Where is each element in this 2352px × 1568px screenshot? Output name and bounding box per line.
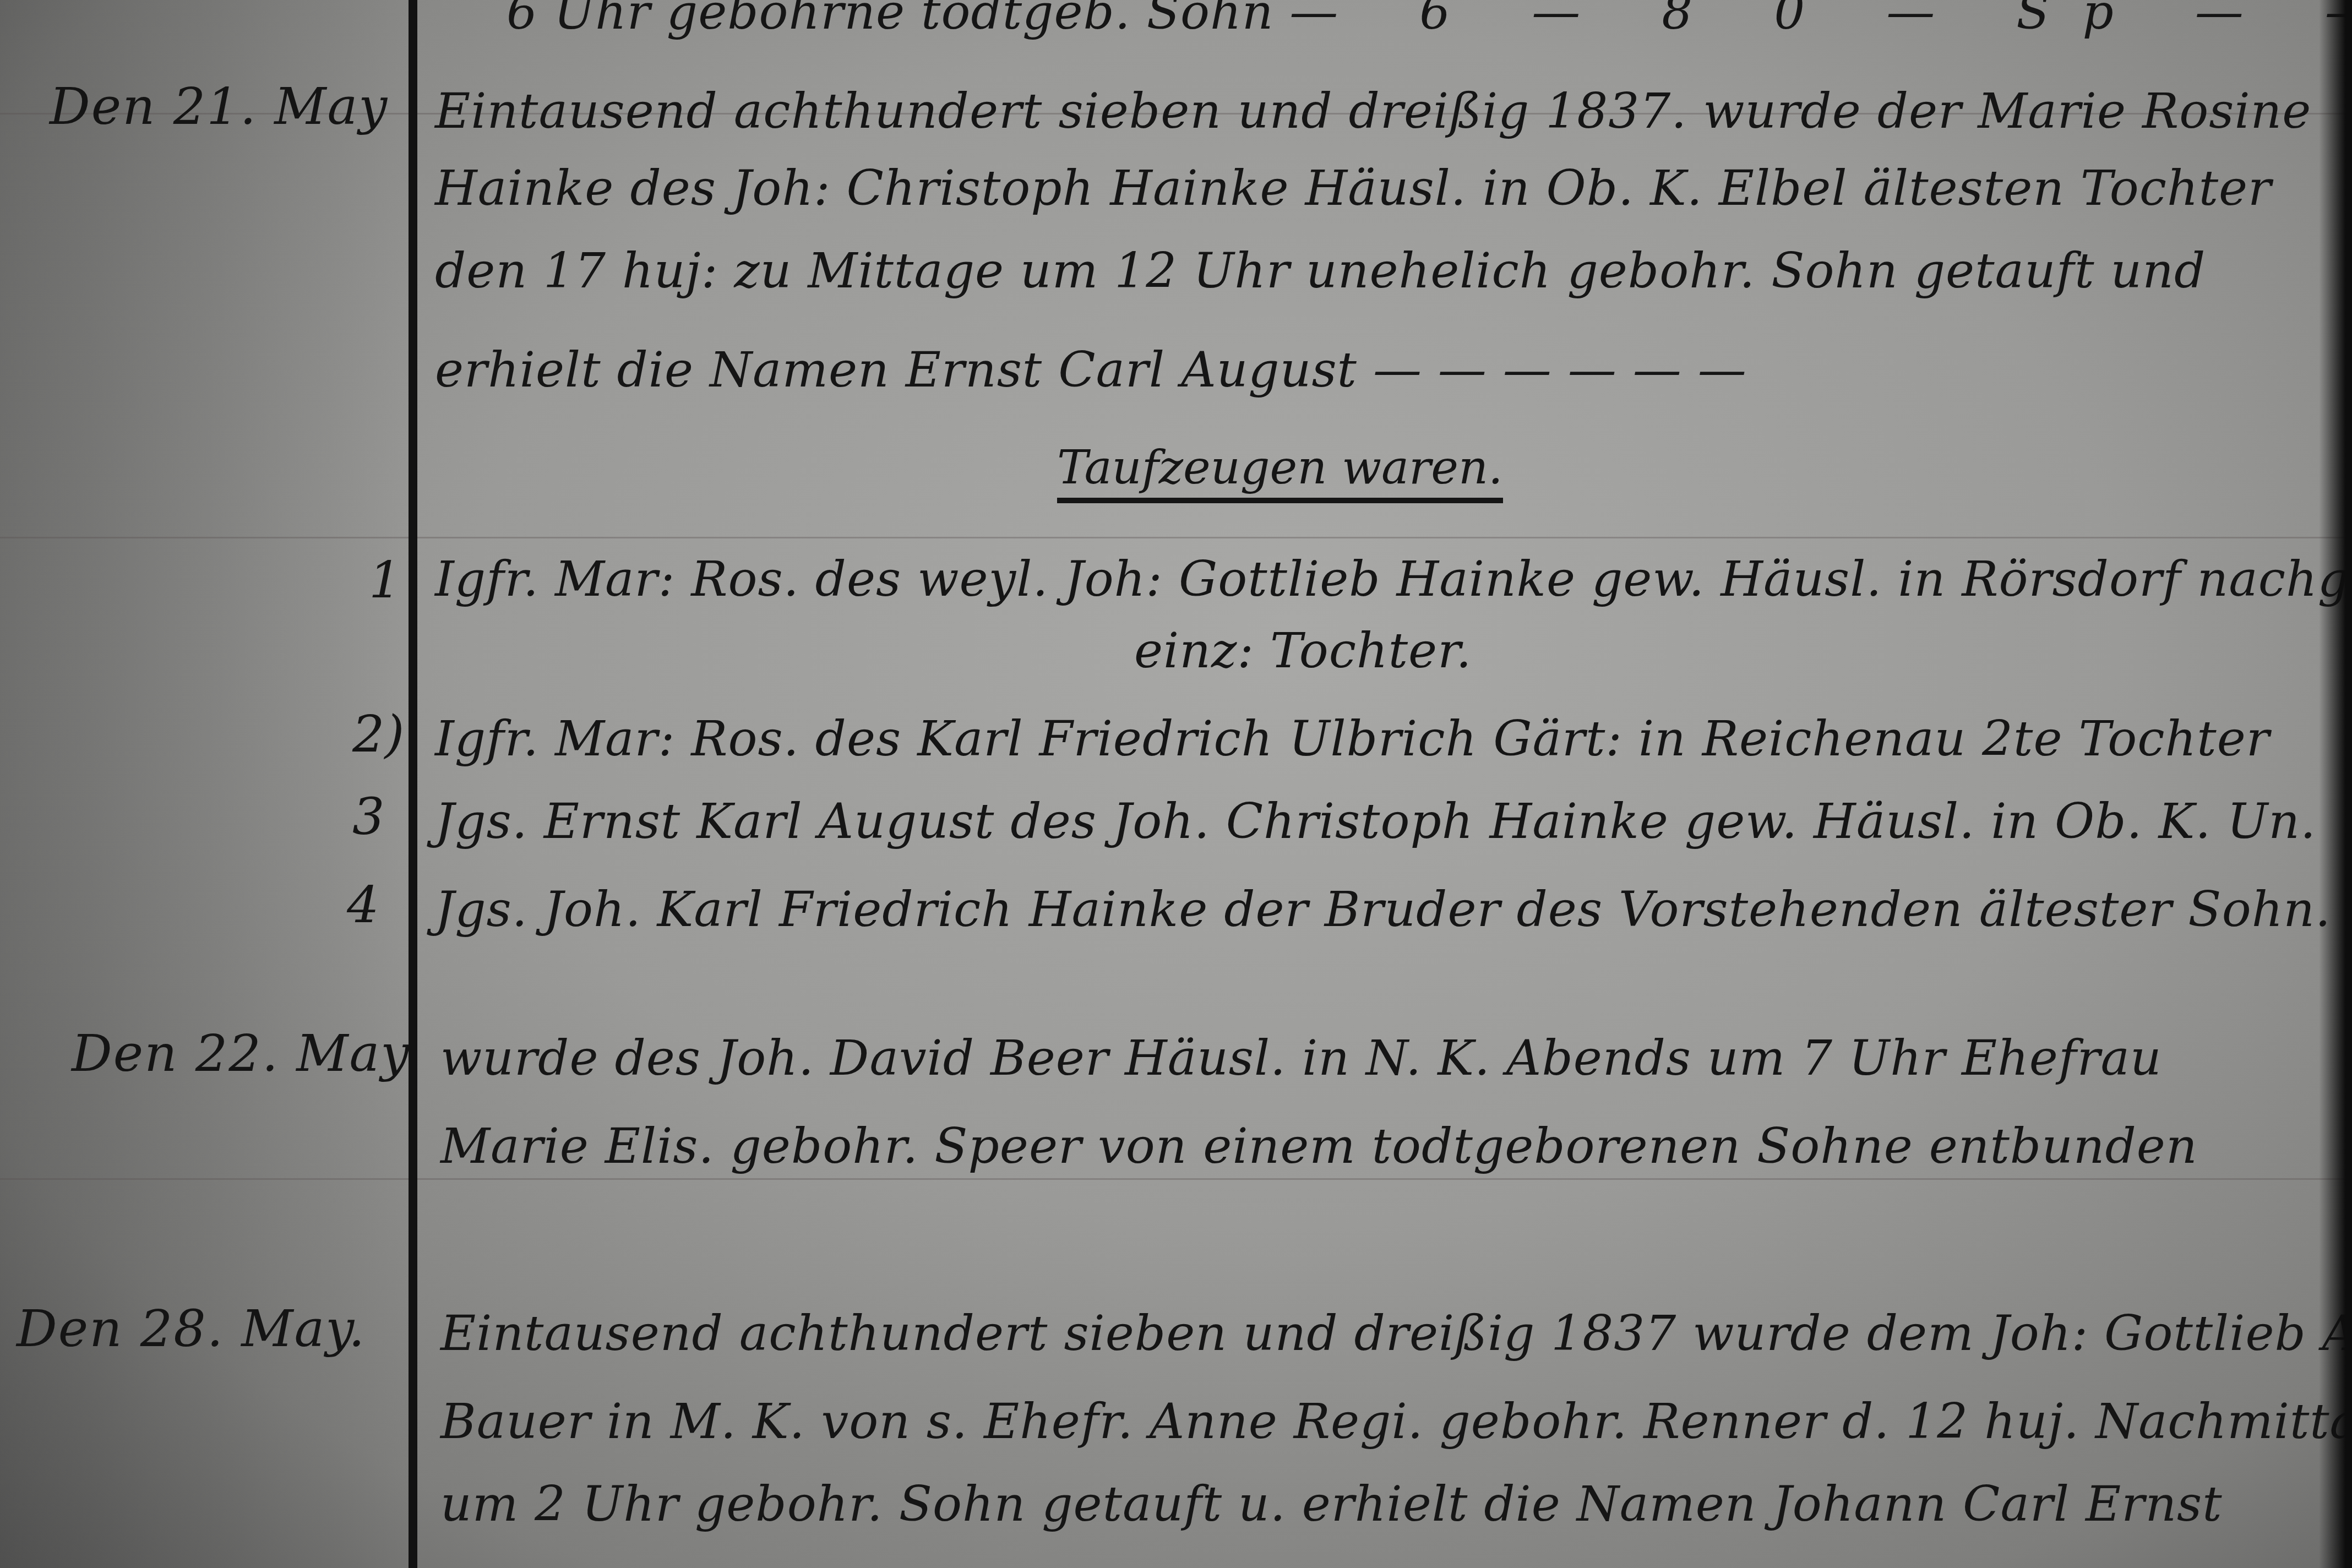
witness-number: 1 [369,551,401,609]
witness-number: 3 [352,787,385,846]
entry-date: Den 21. May [50,77,388,136]
ruled-line [0,537,2352,538]
entry-line: den 17 huj: zu Mittage um 12 Uhr uneheli… [435,242,2206,299]
entry-date: Den 28. May. [17,1299,366,1358]
top-fragment-dashes: — 6 — 8 0 — Sp — — — — — — — [1289,0,2352,40]
witness-continuation: einz: Tochter. [1134,622,1472,679]
entry-line: um 2 Uhr gebohr. Sohn getauft u. erhielt… [440,1476,2223,1532]
witness-number: 4 [347,875,379,934]
entry-line: Eintausend achthundert sieben und dreißi… [440,1305,2352,1362]
witnesses-heading: Taufzeugen waren. [1057,440,1503,503]
witness-number: 2) [352,705,404,764]
entry-line: Hainke des Joh: Christoph Hainke Häusl. … [435,160,2272,216]
witness-line: Jgs. Joh. Karl Friedrich Hainke der Brud… [435,881,2331,938]
ruled-line [0,1178,2352,1180]
entry-line: Eintausend achthundert sieben und dreißi… [435,83,2311,139]
margin-column-rule [409,0,417,1568]
witness-line: Jgs. Ernst Karl August des Joh. Christop… [435,793,2316,850]
top-fragment-text: 6 Uhr gebohrne todtgeb. Sohn [507,0,1273,40]
register-page: 6 Uhr gebohrne todtgeb. Sohn — 6 — 8 0 —… [0,0,2352,1568]
top-fragment-line: 6 Uhr gebohrne todtgeb. Sohn — 6 — 8 0 —… [507,0,2352,40]
entry-line: Bauer in M. K. von s. Ehefr. Anne Regi. … [440,1393,2352,1450]
entry-date: Den 22. May [72,1024,410,1083]
entry-line: Marie Elis. gebohr. Speer von einem todt… [440,1118,2198,1174]
entry-line: wurde des Joh. David Beer Häusl. in N. K… [440,1030,2162,1086]
witness-line: Igfr. Mar: Ros. des weyl. Joh: Gottlieb … [435,551,2352,607]
entry-line: erhielt die Namen Ernst Carl August — — … [435,341,1747,398]
witness-line: Igfr. Mar: Ros. des Karl Friedrich Ulbri… [435,710,2270,767]
